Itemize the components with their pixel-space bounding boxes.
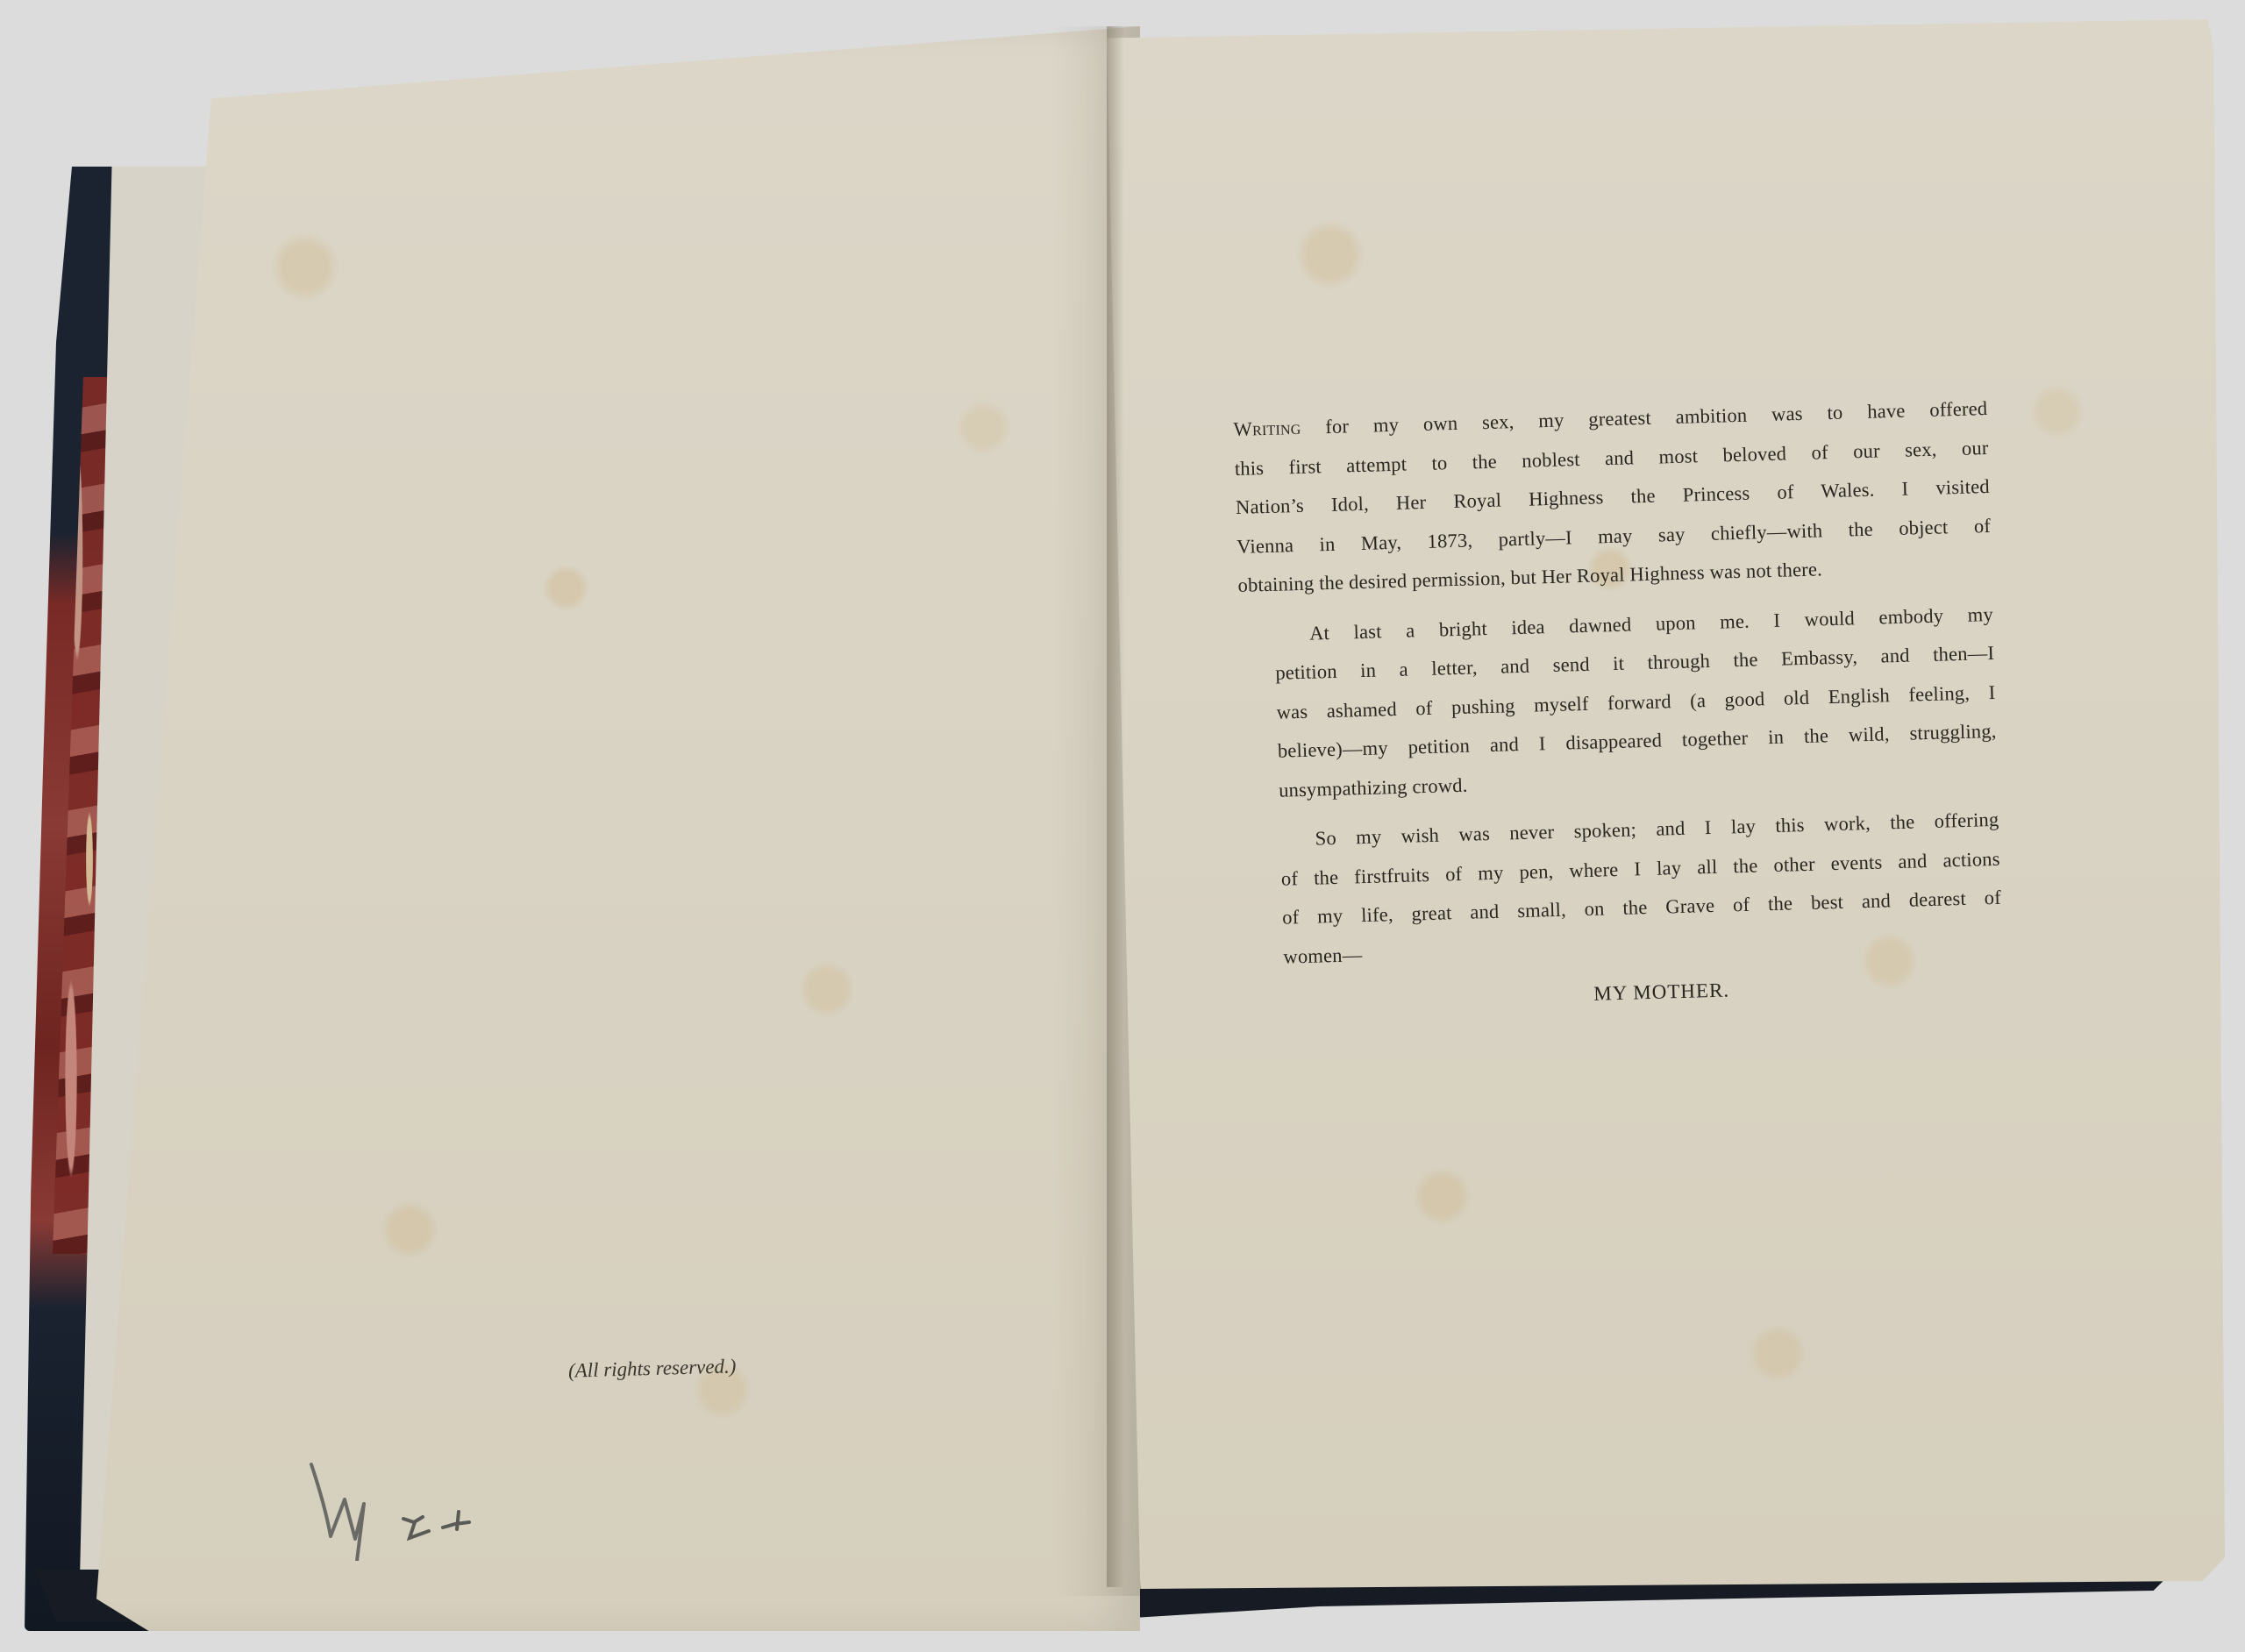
paragraph-1: Writing for my own sex, my greatest ambi… — [1233, 389, 1992, 605]
pencil-annotation-icon — [303, 1456, 478, 1561]
rights-notice: (All rights reserved.) — [568, 1355, 737, 1382]
lead-small-caps: Writing — [1233, 417, 1301, 440]
left-page — [96, 26, 1140, 1631]
paragraph-2: At last a bright idea dawned upon me. I … — [1239, 595, 1999, 810]
paragraph-3: So my wish was never spoken; and I lay t… — [1244, 801, 2003, 978]
gutter-shadow — [1107, 26, 1124, 1587]
dedication-text: Writing for my own sex, my greatest ambi… — [1233, 389, 2004, 1023]
